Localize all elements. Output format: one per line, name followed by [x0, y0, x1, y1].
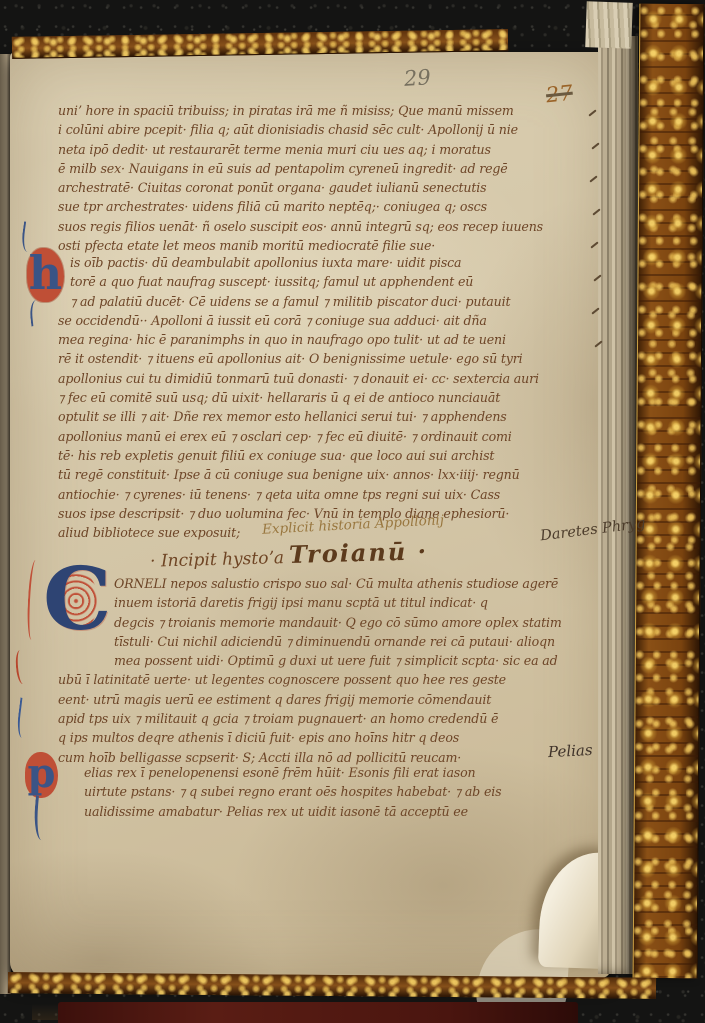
binding-maroon-edge [58, 1002, 578, 1023]
text-line: ubū ī latinitatē uerte· ut legentes cogn… [58, 670, 594, 689]
photo-background: 29 27 uniʼ hore in spaciū tribuiss; in p… [0, 0, 705, 1023]
margin-note-pelias: Pelias [548, 741, 593, 761]
text-line: apollonius manū ei erex eū ⁊ osclari cep… [58, 427, 594, 446]
text-line: ⁊ ad palatiū ducēt· Cē uidens se a famul… [70, 292, 594, 311]
text-line: torē a quo fuat naufrag suscept· iussitq… [70, 272, 594, 291]
rubric-incipit-title: Troianū · [289, 536, 429, 569]
text-line: i colūni abire pcepit· filia q; aūt dion… [58, 120, 594, 139]
text-block-apollonius-end: uniʼ hore in spaciū tribuiss; in piratas… [58, 101, 594, 255]
text-line: q ips multos deqre athenis ī diciū fuit·… [58, 728, 594, 747]
text-line: eent· utrū magis uerū ee estiment q dare… [58, 690, 594, 709]
text-line: suos regis filios uenāt· ñ oselo suscipi… [58, 217, 594, 236]
text-line: is oīb pactis· dū deambulabit apollonius… [70, 253, 594, 272]
text-line: mea regina· hic ē paranimphs in quo in n… [58, 330, 594, 349]
text-line: uirtute pstans· ⁊ q subei regno erant oē… [84, 782, 594, 801]
text-line: mea possent uidi· Optimū g duxi ut uere … [114, 651, 594, 670]
text-line: antiochie· ⁊ cyrenes· iū tenens· ⁊ qeta … [58, 485, 594, 504]
text-line: inuem istoriā daretis frigij ipsi manu s… [114, 593, 594, 612]
text-block-dares-ch1: elias rex ī penelopenensi esonē frēm hūi… [58, 763, 594, 821]
text-line: rē it ostendit· ⁊ ituens eū apollonius a… [58, 349, 594, 368]
text-line: neta ipō dedit· ut restaurarēt terme men… [58, 140, 594, 159]
initial-c-space [58, 574, 114, 652]
text-line: archestratē· Ciuitas coronat ponūt organ… [58, 178, 594, 197]
text-line: tīstuli· Cui nichil adiciendū ⁊ diminuen… [114, 632, 594, 651]
text-block-dares-prologue: ORNELI nepos salustio crispo suo sal· Cū… [58, 574, 594, 767]
folio-number-pencil: 29 [403, 65, 431, 91]
text-line: tū regē constituit· Ipse ā cū coniuge su… [58, 465, 594, 484]
initial-p-letter: p [28, 750, 56, 797]
text-block-apollonius-final: is oīb pactis· dū deambulabit apollonius… [58, 253, 594, 542]
text-line: elias rex ī penelopenensi esonē frēm hūi… [84, 763, 594, 782]
text-line: ualidissime amabatur· Pelias rex ut uidi… [84, 802, 594, 821]
pricking-mark [594, 340, 602, 347]
illuminated-initial-p: p [25, 752, 58, 798]
text-line: sue tpr archestrates· uidens filiā cū ma… [58, 197, 594, 216]
text-line: tē· his reb expletis genuit filiū ex con… [58, 446, 594, 465]
text-line: ⁊ fec eū comitē suū usq; dū uixit· hella… [58, 388, 594, 407]
pricking-mark [593, 274, 601, 281]
page-edge-stack-top [585, 1, 633, 49]
gilded-bottom-edge [8, 972, 656, 999]
rubric-incipit-lead: · Incipit hystoʼa [150, 548, 284, 571]
text-line: apid tps uix ⁊ militauit q gcia ⁊ troiam… [58, 709, 594, 728]
text-line: uniʼ hore in spaciū tribuiss; in piratas… [58, 101, 594, 120]
page-edge-stack [598, 36, 638, 974]
text-line: se occidendū·· Apolloni ā iussit eū corā… [58, 311, 594, 330]
text-line: ORNELI nepos salustio crispo suo sal· Cū… [114, 574, 594, 593]
initial-h-space [58, 253, 70, 293]
gilded-fore-edge [633, 4, 705, 978]
text-line: ē milb sex· Nauigans in eū suis ad penta… [58, 159, 594, 178]
initial-p-space [58, 763, 84, 803]
text-line: optulit se illi ⁊ ait· Dñe rex memor est… [58, 407, 594, 426]
text-line: degcis ⁊ troianis memorie mandauit· Q eg… [114, 613, 594, 632]
text-line: apollonius cui tu dimidiū tonmarū tuū do… [58, 369, 594, 388]
